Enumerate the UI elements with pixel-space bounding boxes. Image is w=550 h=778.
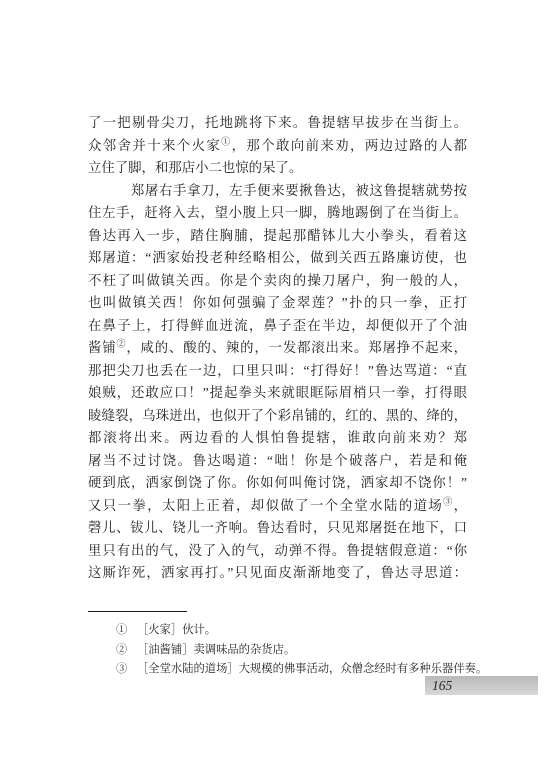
- text-line: 硬到底，洒家倒饶了你。你如何叫俺讨饶，洒家却不饶你！”: [88, 472, 467, 495]
- footnote-marker: ①: [116, 621, 137, 641]
- body-text: 了一把剔骨尖刀，托地跳将下来。鲁提辖早拔步在当街上。众邻舍并十来个火家①，那个敢…: [88, 112, 467, 585]
- text-line: 又只一拳，太阳上正着，却似做了一个全堂水陆的道场③，: [88, 495, 467, 518]
- text-line: 郑屠右手拿刀，左手便来要揪鲁达，被这鲁提辖就势按: [88, 180, 467, 203]
- text-line: 立住了脚，和那店小二也惊的呆了。: [88, 157, 467, 180]
- text-line: 酱铺②，咸的、酸的、辣的，一发都滚出来。郑屠挣不起来，: [88, 337, 467, 360]
- text-line: 不枉了叫做镇关西。你是个卖肉的操刀屠户，狗一般的人，: [88, 270, 467, 293]
- book-page: 了一把剔骨尖刀，托地跳将下来。鲁提辖早拔步在当街上。众邻舍并十来个火家①，那个敢…: [0, 0, 550, 778]
- footnote-ref-marker: ②: [116, 339, 126, 349]
- footnote-ref-marker: ③: [443, 496, 453, 506]
- text-line: 了一把剔骨尖刀，托地跳将下来。鲁提辖早拔步在当街上。: [88, 112, 467, 135]
- footnotes: ①［火家］伙计。②［油酱铺］卖调味品的杂货店。③［全堂水陆的道场］大规模的佛事活…: [88, 621, 500, 680]
- footnote: ①［火家］伙计。: [88, 621, 500, 641]
- footnote-separator: [88, 611, 187, 612]
- footnote-text: ［油酱铺］卖调味品的杂货店。: [137, 641, 500, 661]
- text-line: 在鼻子上，打得鲜血迸流，鼻子歪在半边，却便似开了个油: [88, 315, 467, 338]
- text-line: 这厮诈死，洒家再打。”只见面皮渐渐地变了，鲁达寻思道：: [88, 562, 467, 585]
- text-line: 屠当不过讨饶。鲁达喝道：“咄！你是个破落户，若是和俺: [88, 450, 467, 473]
- text-line: 也叫做镇关西！你如何强骗了金翠莲？”扑的只一拳，正打: [88, 292, 467, 315]
- text-line: 睖缝裂，乌珠迸出，也似开了个彩帛铺的，红的、黑的、绛的，: [88, 405, 467, 428]
- text-line: 里只有出的气，没了入的气，动弹不得。鲁提辖假意道：“你: [88, 540, 467, 563]
- text-line: 众邻舍并十来个火家①，那个敢向前来劝，两边过路的人都: [88, 135, 467, 158]
- footnote-ref-marker: ①: [221, 136, 231, 146]
- text-line: 住左手，赶将入去，望小腹上只一脚，腾地踢倒了在当街上。: [88, 202, 467, 225]
- text-line: 磬儿、钹儿、铙儿一齐响。鲁达看时，只见郑屠挺在地下，口: [88, 517, 467, 540]
- text-line: 都滚将出来。两边看的人惧怕鲁提辖，谁敢向前来劝？郑: [88, 427, 467, 450]
- footnote-text: ［火家］伙计。: [137, 621, 500, 641]
- text-line: 郑屠道：“洒家始投老种经略相公，做到关西五路廉访使，也: [88, 247, 467, 270]
- footnote-marker: ②: [116, 641, 137, 661]
- page-number-bar: 165: [425, 676, 538, 695]
- text-line: 那把尖刀也丢在一边，口里只叫：“打得好！”鲁达骂道：“直: [88, 360, 467, 383]
- text-line: 鲁达再入一步，踏住胸脯，提起那醋钵儿大小拳头，看着这: [88, 225, 467, 248]
- footnote-marker: ③: [116, 660, 137, 680]
- footnote: ②［油酱铺］卖调味品的杂货店。: [88, 641, 500, 661]
- page-number: 165: [425, 678, 452, 694]
- text-line: 娘贼，还敢应口！”提起拳头来就眼眶际眉梢只一拳，打得眼: [88, 382, 467, 405]
